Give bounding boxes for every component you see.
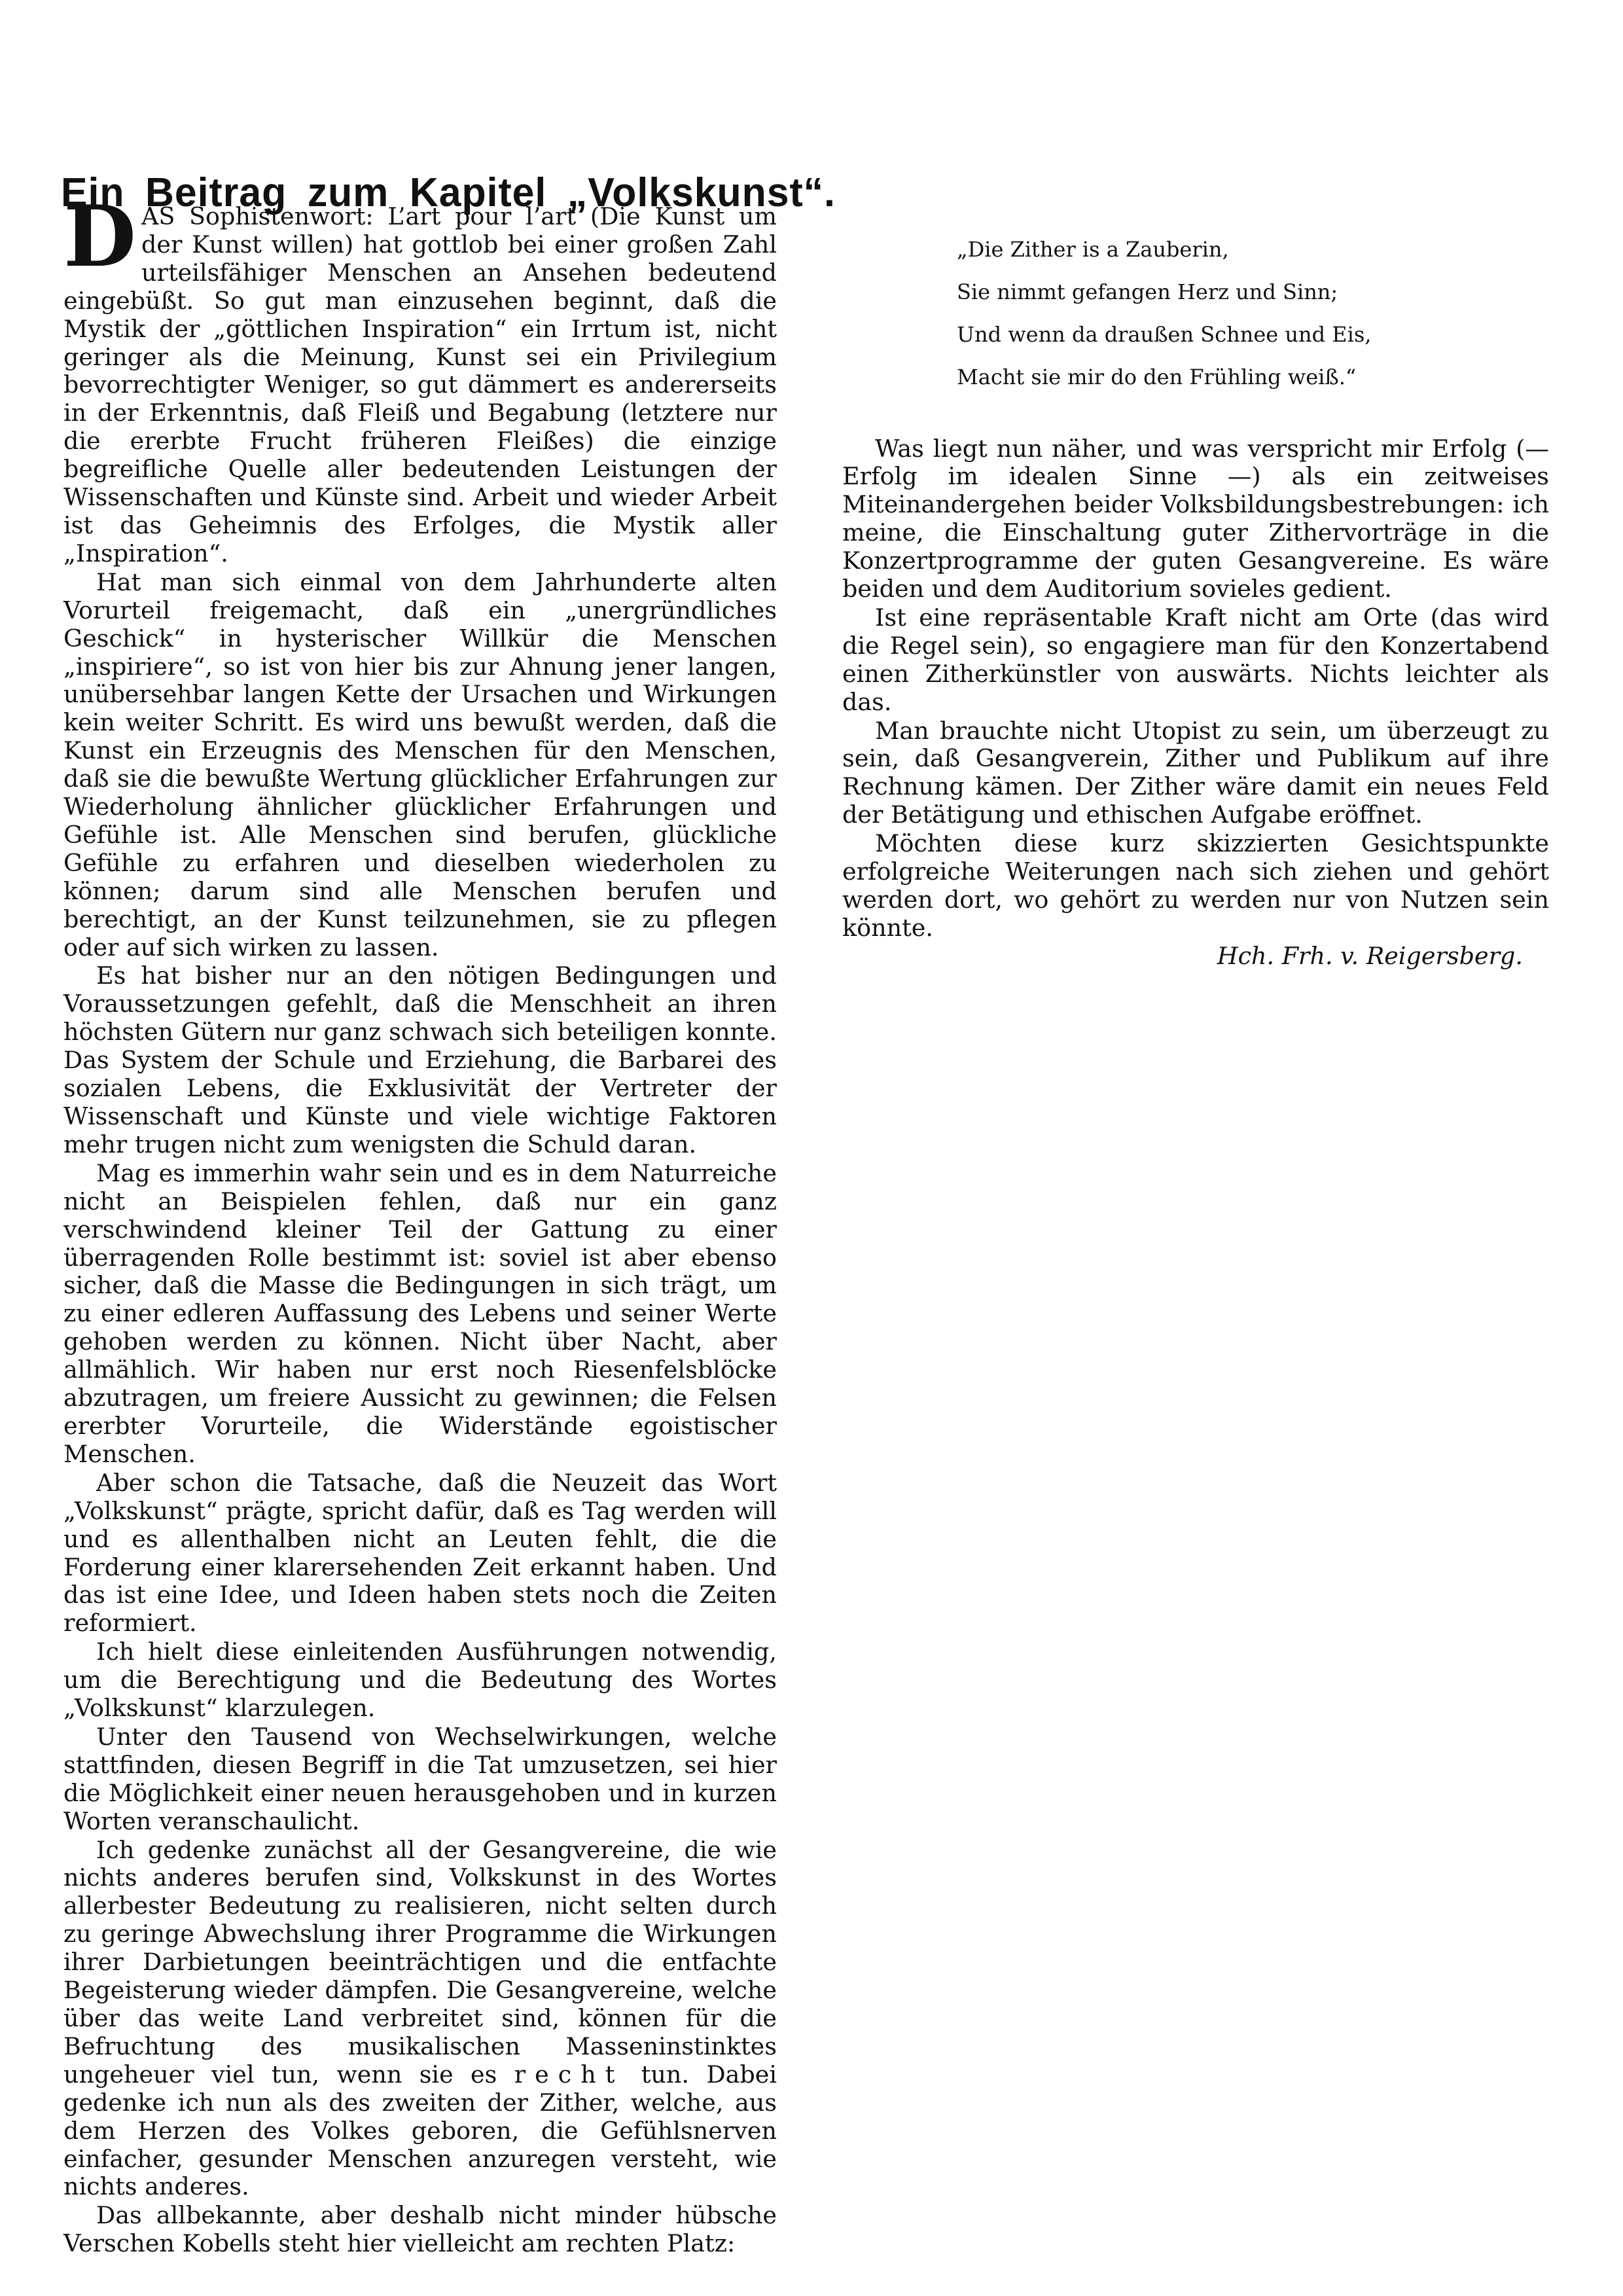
paragraph-3: Es hat bisher nur an den nötigen Bedingu… (63, 962, 777, 1158)
drop-cap: D (63, 206, 136, 266)
paragraph-12: Man brauchte nicht Utopist zu sein, um ü… (842, 717, 1549, 830)
paragraph-1-text: AS Sophistenwort: L’art pour l’art (Die … (63, 202, 777, 567)
emphasized-word: recht (514, 2060, 624, 2089)
paragraph-1: DAS Sophistenwort: L’art pour l’art (Die… (63, 203, 777, 568)
poem-quote: „Die Zither is a Zauberin, Sie nimmt gef… (957, 217, 1549, 409)
right-column: „Die Zither is a Zauberin, Sie nimmt gef… (842, 203, 1549, 971)
poem-line: Macht sie mir do den Frühling weiß.“ (957, 367, 1549, 388)
poem-line: Und wenn da draußen Schnee und Eis, (957, 324, 1549, 346)
paragraph-2: Hat man sich einmal von dem Jahrhunderte… (63, 569, 777, 962)
paragraph-6: Ich hielt diese einleitenden Ausführunge… (63, 1638, 777, 1723)
paragraph-4: Mag es immerhin wahr sein und es in dem … (63, 1160, 777, 1469)
paragraph-13: Möchten diese kurz skizzierten Gesichtsp… (842, 830, 1549, 942)
paragraph-5: Aber schon die Tatsache, daß die Neuzeit… (63, 1469, 777, 1638)
author-signature: Hch. Frh. v. Reigersberg. (842, 942, 1549, 971)
paragraph-9: Das allbekannte, aber deshalb nicht mind… (63, 2202, 777, 2258)
poem-line: Sie nimmt gefangen Herz und Sinn; (957, 281, 1549, 303)
left-column: DAS Sophistenwort: L’art pour l’art (Die… (63, 203, 777, 2258)
paragraph-8: Ich gedenke zunächst all der Gesangverei… (63, 1837, 777, 2202)
paragraph-8-text: Ich gedenke zunächst all der Gesangverei… (63, 1836, 777, 2089)
paragraph-10: Was liegt nun näher, und was verspricht … (842, 435, 1549, 603)
poem-line: „Die Zither is a Zauberin, (957, 239, 1549, 260)
paragraph-11: Ist eine repräsentable Kraft nicht am Or… (842, 604, 1549, 717)
paragraph-7: Unter den Tausend von Wechselwirkungen, … (63, 1723, 777, 1836)
